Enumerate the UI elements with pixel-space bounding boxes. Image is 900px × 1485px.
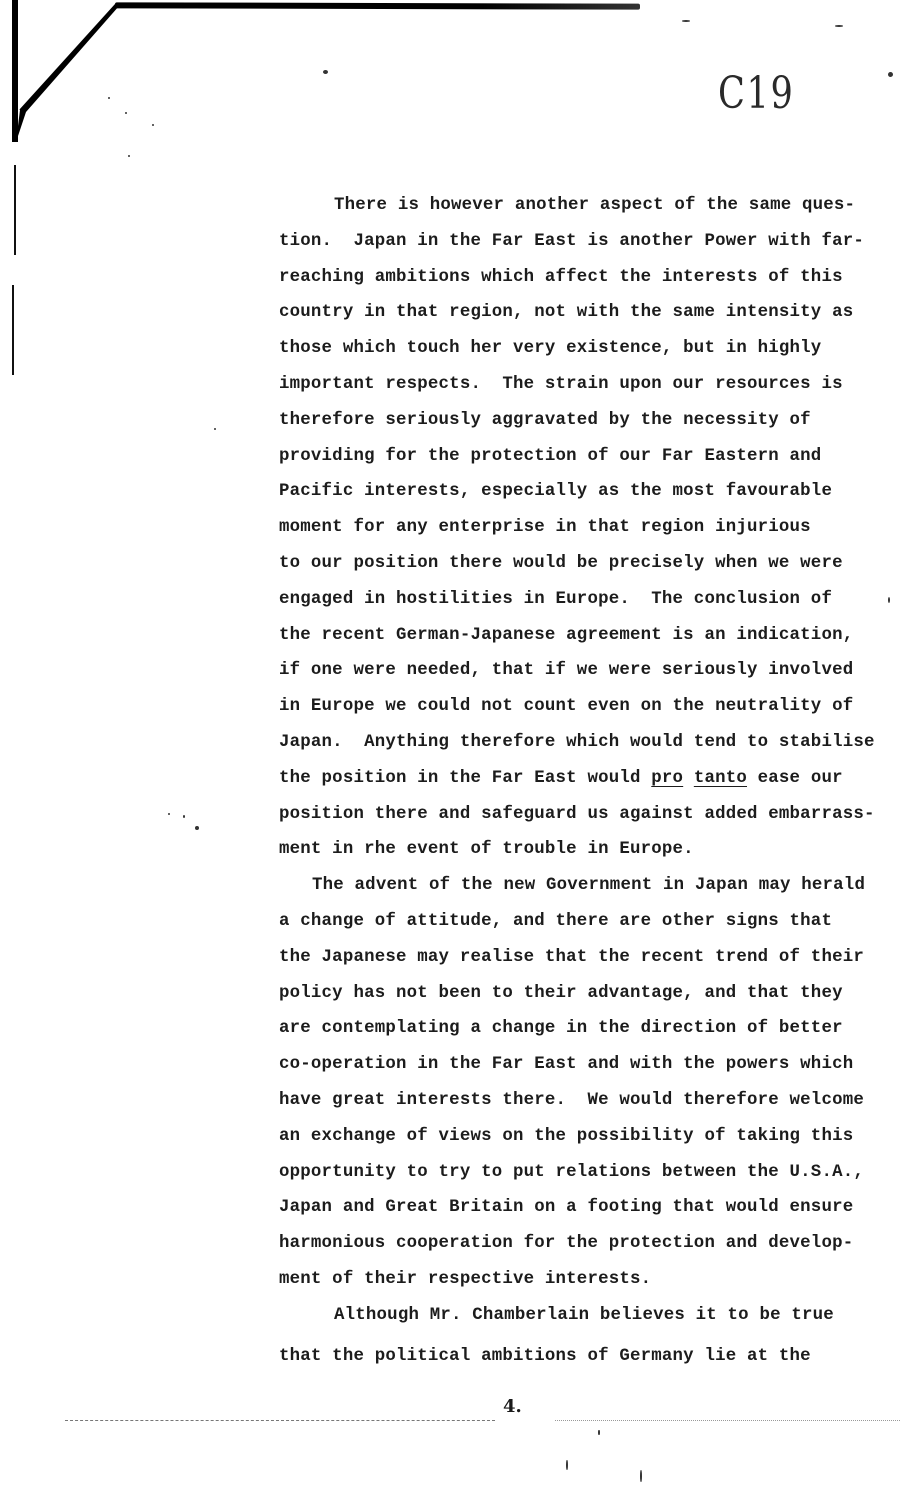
text-line: have great interests there. We would the… bbox=[279, 1083, 899, 1119]
text-line: country in that region, not with the sam… bbox=[279, 295, 899, 331]
text-line: an exchange of views on the possibility … bbox=[279, 1119, 899, 1155]
text-line: co-operation in the Far East and with th… bbox=[279, 1047, 899, 1083]
scan-speck bbox=[214, 428, 216, 430]
paragraph-2: The advent of the new Government in Japa… bbox=[279, 868, 899, 1298]
underlined-latin-phrase: tanto bbox=[694, 769, 747, 788]
text-line: The advent of the new Government in Japa… bbox=[279, 868, 899, 904]
text-line: engaged in hostilities in Europe. The co… bbox=[279, 582, 899, 618]
scan-margin-mark bbox=[12, 285, 14, 375]
scan-speck bbox=[195, 826, 199, 830]
text-line: opportunity to try to put relations betw… bbox=[279, 1155, 899, 1191]
text-line: if one were needed, that if we were seri… bbox=[279, 653, 899, 689]
scan-edge-top bbox=[115, 2, 640, 9]
scanned-document-page: C19 There is however another aspect of t… bbox=[0, 0, 900, 1485]
text-segment: the position in the Far East would bbox=[279, 769, 651, 788]
text-line: providing for the protection of our Far … bbox=[279, 439, 899, 475]
text-line: the Japanese may realise that the recent… bbox=[279, 940, 899, 976]
scan-speck bbox=[640, 1470, 642, 1482]
text-line: a change of attitude, and there are othe… bbox=[279, 904, 899, 940]
scan-speck bbox=[566, 1460, 568, 1470]
text-line: Pacific interests, especially as the mos… bbox=[279, 474, 899, 510]
text-line: Japan and Great Britain on a footing tha… bbox=[279, 1190, 899, 1226]
scan-speck bbox=[152, 124, 154, 126]
page-number: 4. bbox=[503, 1396, 522, 1417]
scan-speck bbox=[125, 112, 127, 114]
text-line: reaching ambitions which affect the inte… bbox=[279, 260, 899, 296]
text-segment: ease our bbox=[747, 769, 843, 788]
scan-speck bbox=[128, 155, 130, 157]
scan-speck bbox=[323, 70, 328, 74]
text-line: position there and safeguard us against … bbox=[279, 797, 899, 833]
text-line: Japan. Anything therefore which would te… bbox=[279, 725, 899, 761]
text-line: harmonious cooperation for the protectio… bbox=[279, 1226, 899, 1262]
text-line-with-underline: the position in the Far East would pro t… bbox=[279, 761, 899, 797]
scan-speck bbox=[598, 1430, 600, 1435]
text-line: therefore seriously aggravated by the ne… bbox=[279, 403, 899, 439]
paragraph-1: There is however another aspect of the s… bbox=[279, 188, 899, 868]
document-body: There is however another aspect of the s… bbox=[279, 188, 899, 1375]
archive-reference-label: C19 bbox=[718, 68, 795, 119]
text-line: ment in rhe event of trouble in Europe. bbox=[279, 832, 899, 868]
paragraph-3: Although Mr. Chamberlain believes it to … bbox=[279, 1298, 899, 1375]
text-line: are contemplating a change in the direct… bbox=[279, 1011, 899, 1047]
scan-margin-mark bbox=[14, 165, 16, 255]
scan-speck bbox=[835, 25, 843, 27]
scan-edge-bottom bbox=[65, 1420, 495, 1421]
text-line: that the political ambitions of Germany … bbox=[279, 1339, 899, 1375]
underlined-latin-phrase: pro bbox=[651, 769, 683, 788]
text-line: tion. Japan in the Far East is another P… bbox=[279, 224, 899, 260]
scan-speck bbox=[888, 72, 893, 77]
text-line: in Europe we could not count even on the… bbox=[279, 689, 899, 725]
scan-speck bbox=[183, 815, 185, 818]
scan-edge-bottom bbox=[555, 1420, 900, 1421]
text-line: moment for any enterprise in that region… bbox=[279, 510, 899, 546]
text-line: There is however another aspect of the s… bbox=[279, 188, 899, 224]
text-line: policy has not been to their advantage, … bbox=[279, 976, 899, 1012]
text-line: the recent German-Japanese agreement is … bbox=[279, 618, 899, 654]
scan-speck bbox=[682, 20, 690, 22]
text-line: important respects. The strain upon our … bbox=[279, 367, 899, 403]
text-line: ment of their respective interests. bbox=[279, 1262, 899, 1298]
text-line: Although Mr. Chamberlain believes it to … bbox=[279, 1298, 899, 1339]
text-line: those which touch her very existence, bu… bbox=[279, 331, 899, 367]
text-line: to our position there would be precisely… bbox=[279, 546, 899, 582]
scan-speck bbox=[108, 97, 110, 99]
scan-speck bbox=[168, 813, 170, 815]
